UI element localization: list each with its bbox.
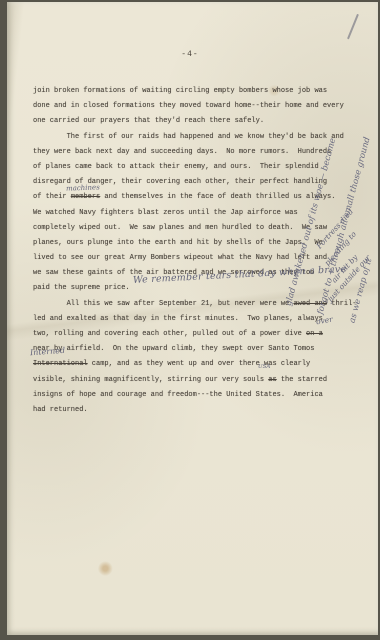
typed-line: visible, shining magnificently, stirring… bbox=[33, 373, 363, 388]
line-text: they were back next day and succeeding d… bbox=[33, 148, 331, 156]
line-text: one carried our prayers that they'd reac… bbox=[33, 117, 264, 125]
line-text: had returned. bbox=[33, 406, 88, 414]
handwritten-correction-machines: machines bbox=[66, 183, 100, 192]
typed-line: insigns of hope and courage and freedom-… bbox=[33, 388, 363, 403]
struck-text: International bbox=[33, 360, 88, 368]
struck-text: members bbox=[71, 193, 100, 201]
handwritten-correction-usa: USA bbox=[258, 364, 270, 370]
struck-text: on a bbox=[306, 330, 323, 338]
line-text: The first of our raids had happened and … bbox=[33, 133, 344, 141]
line-text: done and in closed formations they moved… bbox=[33, 102, 344, 110]
typed-line: near by airfield. On the upward climb, t… bbox=[33, 342, 363, 357]
page-number: -4- bbox=[0, 50, 380, 59]
typed-line: had returned. bbox=[33, 403, 363, 418]
line-text: We watched Navy fighters blast zeros unt… bbox=[33, 209, 298, 217]
typed-line: International camp, and as they went up … bbox=[33, 357, 363, 372]
typed-line: two, rolling and covering each other, pu… bbox=[33, 327, 363, 342]
line-text: near by airfield. On the upward climb, t… bbox=[33, 345, 314, 353]
marginalia-line: forgot to + through all small those grou… bbox=[316, 81, 380, 316]
line-text: two, rolling and covering each other, pu… bbox=[33, 330, 306, 338]
line-text: the starred bbox=[277, 376, 327, 384]
line-text: paid the supreme price. bbox=[33, 284, 130, 292]
typed-line: led and exalted as that day in the first… bbox=[33, 312, 363, 327]
scanned-page: -4- join broken formations of waiting ci… bbox=[0, 0, 380, 640]
line-text: join broken formations of waiting circli… bbox=[33, 87, 327, 95]
struck-text: as bbox=[268, 376, 276, 384]
line-text: insigns of hope and courage and freedom-… bbox=[33, 391, 323, 399]
line-text: of planes came back to attack their enem… bbox=[33, 163, 319, 171]
line-text: of their bbox=[33, 193, 71, 201]
line-text: camp, and as they went up and over there… bbox=[88, 360, 311, 368]
typed-line: join broken formations of waiting circli… bbox=[33, 84, 363, 99]
line-text: visible, shining magnificently, stirring… bbox=[33, 376, 268, 384]
line-text: led and exalted as that day in the first… bbox=[33, 315, 323, 323]
line-text: All this we saw after September 21, but … bbox=[33, 300, 293, 308]
